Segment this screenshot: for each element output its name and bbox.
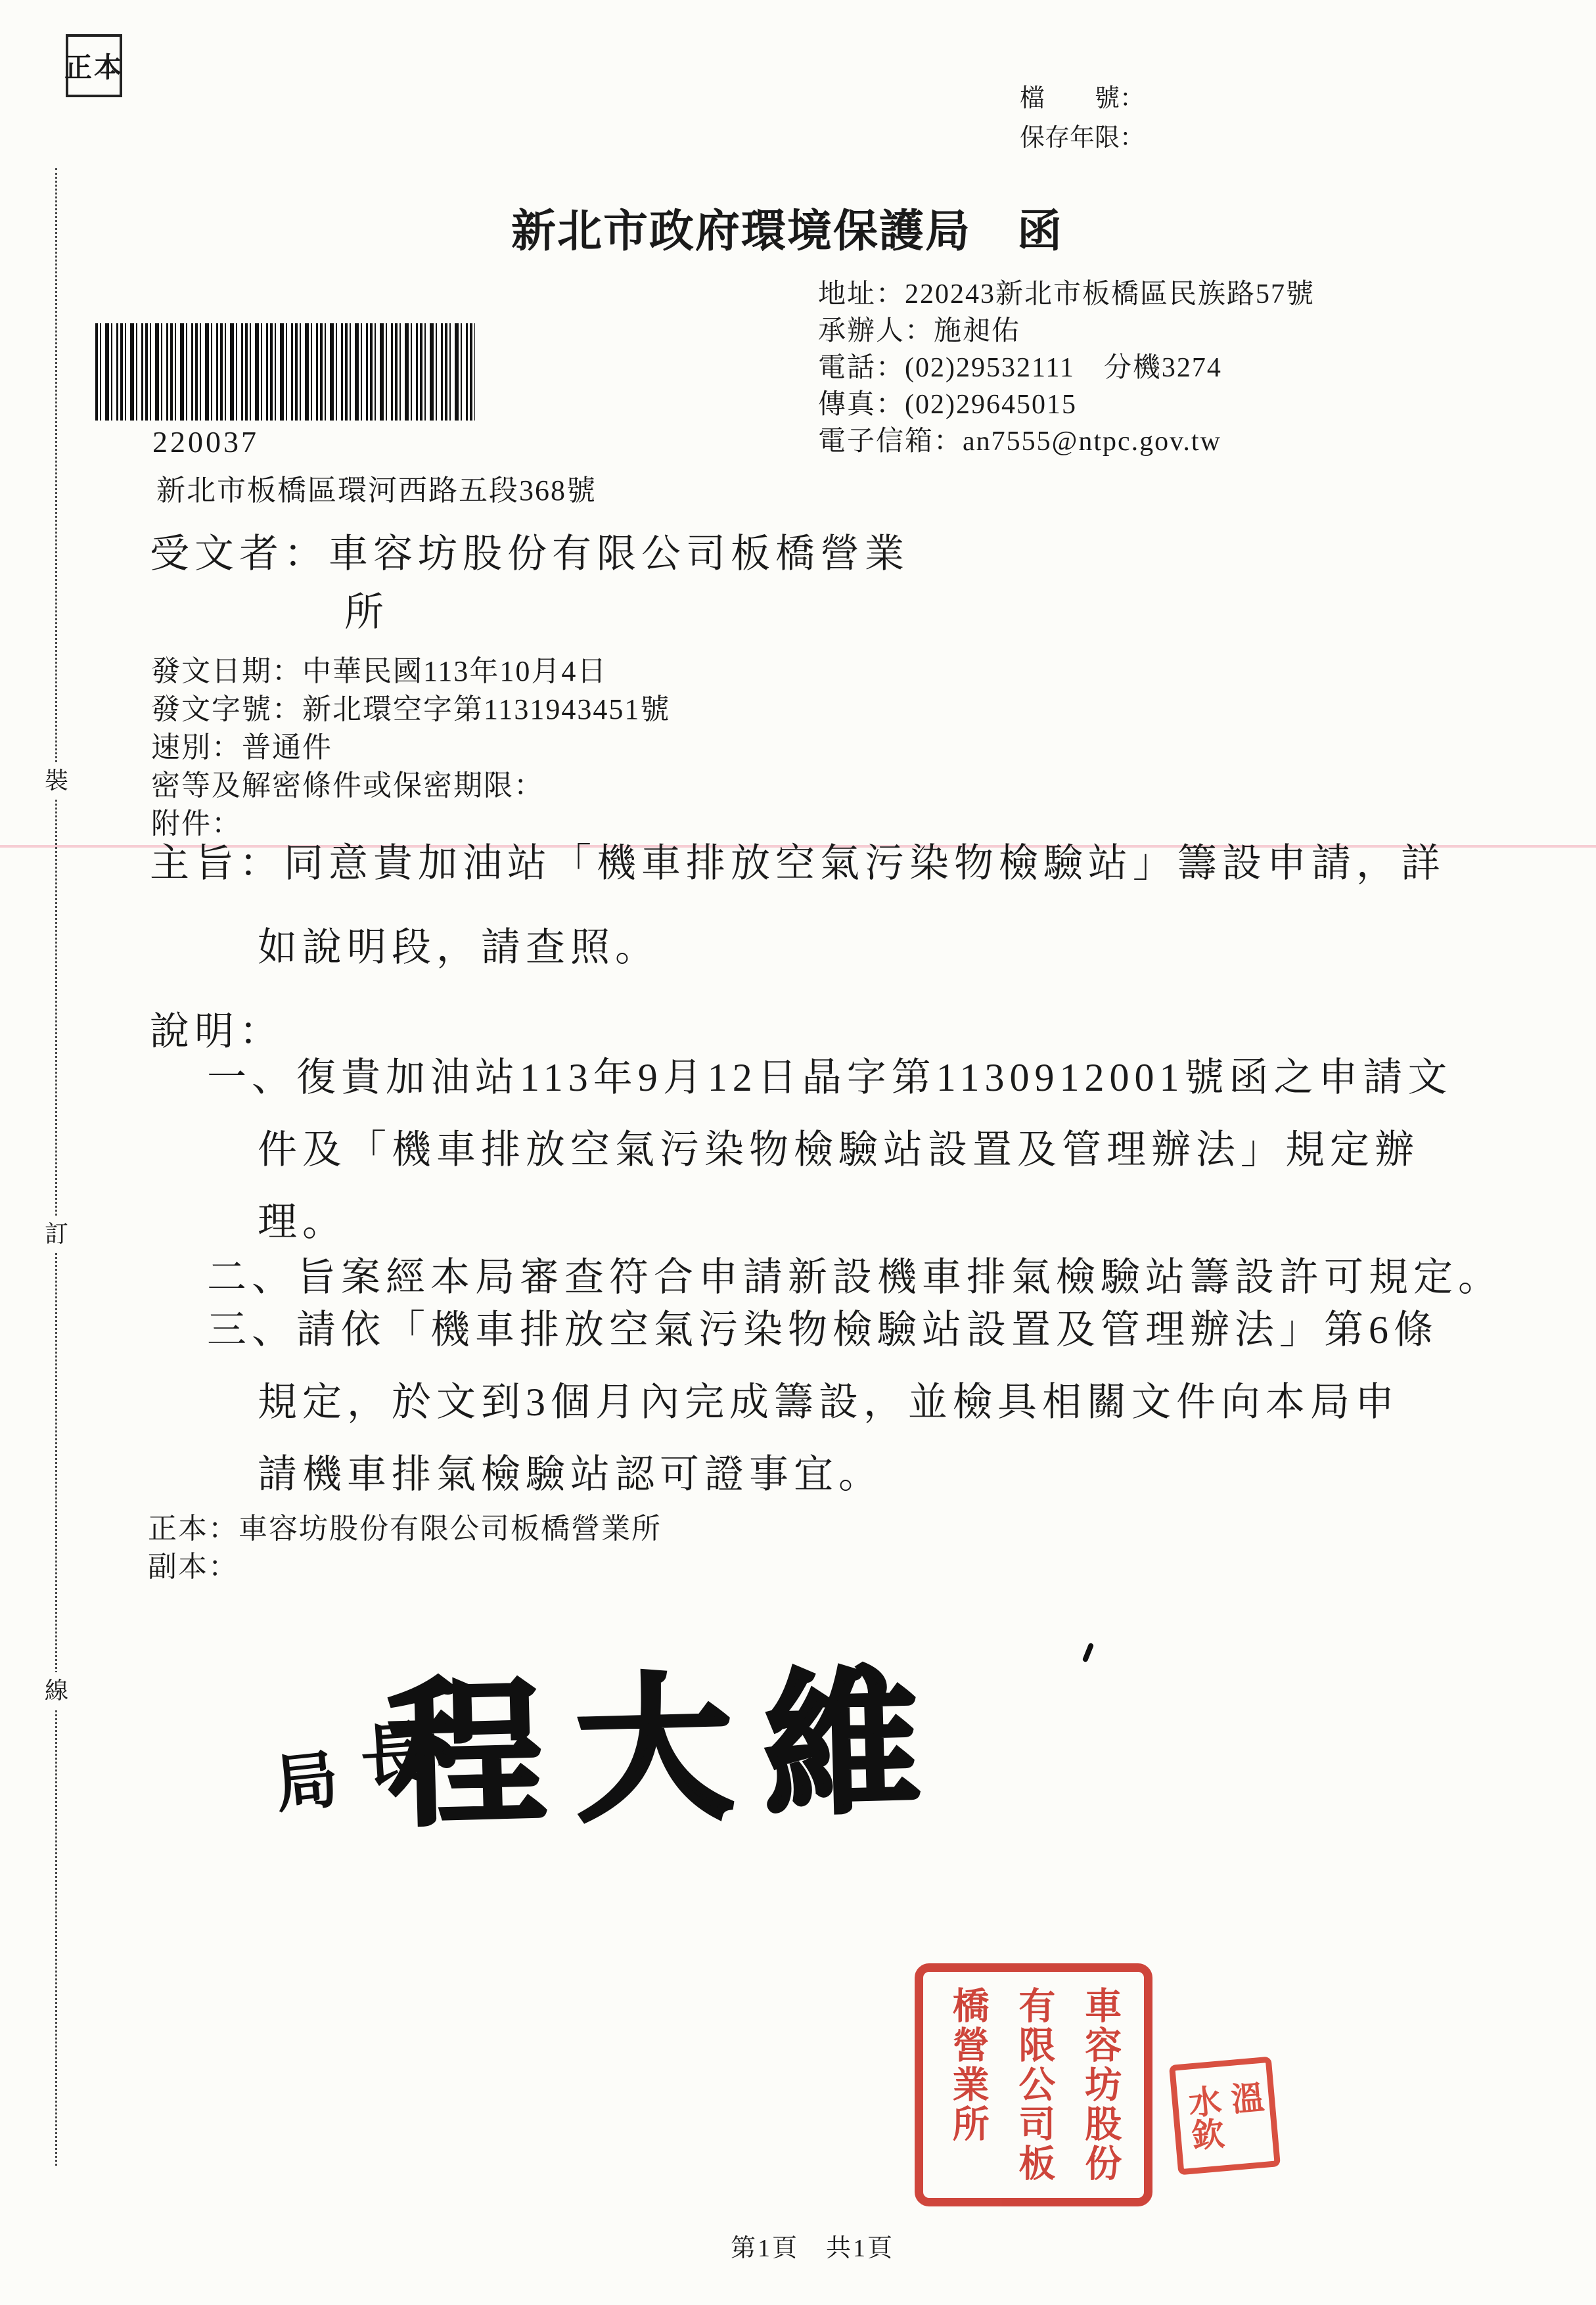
agency-officer: 承辦人：施昶佑 (818, 309, 1020, 348)
explanation-item3-line1: 三、請依「機車排放空氣污染物檢驗站設置及管理辦法」第6條 (207, 1298, 1438, 1355)
page-number-footer: 第1頁 共1頁 (731, 2227, 894, 2264)
barcode (95, 323, 475, 421)
agency-email: 電子信箱：an7555@ntpc.gov.tw (818, 419, 1221, 459)
agency-address: 地址：220243新北市板橋區民族路57號 (818, 272, 1315, 311)
explanation-item1-line2: 件及「機車排放空氣污染物檢驗站設置及管理辦法」規定辦 (258, 1118, 1419, 1175)
subject-line1: 主旨：同意貴加油站「機車排放空氣污染物檢驗站」籌設申請，詳 (150, 832, 1446, 888)
company-seal: 車容坊股份 有限公司板 橋營業所 (915, 1963, 1152, 2206)
delivery-speed: 速別：普通件 (151, 723, 332, 765)
binding-mark-xian: 線 (42, 1672, 71, 1709)
agency-fax: 傳真：(02)29645015 (818, 382, 1077, 422)
company-seal-text: 車容坊股份 有限公司板 橋營業所 (934, 1986, 1133, 2183)
explanation-item1-line1: 一、復貴加油站113年9月12日晶字第1130912001號函之申請文 (207, 1046, 1453, 1103)
recipient-street-address: 新北市板橋區環河西路五段368號 (156, 467, 597, 509)
explanation-item2: 二、旨案經本局審查符合申請新設機車排氣檢驗站籌設許可規定。 (207, 1246, 1503, 1302)
document-number: 發文字號：新北環空字第1131943451號 (151, 685, 670, 727)
security-classification: 密等及解密條件或保密期限： (151, 762, 544, 804)
personal-name-seal-text: 溫 水欽 (1179, 2080, 1270, 2153)
binding-dotted-line (55, 168, 57, 2166)
agency-phone: 電話：(02)29532111 分機3274 (818, 346, 1222, 385)
issue-date: 發文日期：中華民國113年10月4日 (151, 647, 607, 689)
retention-period-label: 保存年限： (1020, 117, 1145, 153)
explanation-item1-line3: 理。 (258, 1191, 347, 1247)
original-copy-box: 正本 (66, 34, 122, 97)
original-copy-label: 正本 (64, 46, 124, 85)
scanned-official-letter: 正本 檔 號： 保存年限： 新北市政府環境保護局 函 地址：220243新北市板… (0, 0, 1596, 2305)
binding-mark-ding: 訂 (42, 1216, 71, 1252)
signature-title-char-ju: 局 (270, 1729, 342, 1825)
binding-mark-zhuang: 裝 (42, 762, 71, 799)
explanation-item3-line2: 規定，於文到3個月內完成籌設，並檢具相關文件向本局申 (258, 1371, 1400, 1427)
distribution-original: 正本：車容坊股份有限公司板橋營業所 (148, 1505, 662, 1547)
recipient-line1: 受文者：車容坊股份有限公司板橋營業 (150, 522, 909, 579)
file-number-label: 檔 號： (1020, 78, 1145, 114)
document-title: 新北市政府環境保護局 函 (511, 196, 1063, 260)
explanation-item3-line3: 請機車排氣檢驗站認可證事宜。 (258, 1443, 883, 1499)
distribution-copy: 副本： (148, 1543, 239, 1585)
signature-stray-mark (1082, 1643, 1095, 1663)
recipient-line2: 所 (344, 581, 384, 637)
subject-line2: 如說明段，請查照。 (258, 916, 660, 972)
personal-name-seal: 溫 水欽 (1169, 2057, 1281, 2176)
recipient-zipcode: 220037 (152, 424, 259, 459)
director-general-signature: 程大維 (385, 1617, 955, 1856)
